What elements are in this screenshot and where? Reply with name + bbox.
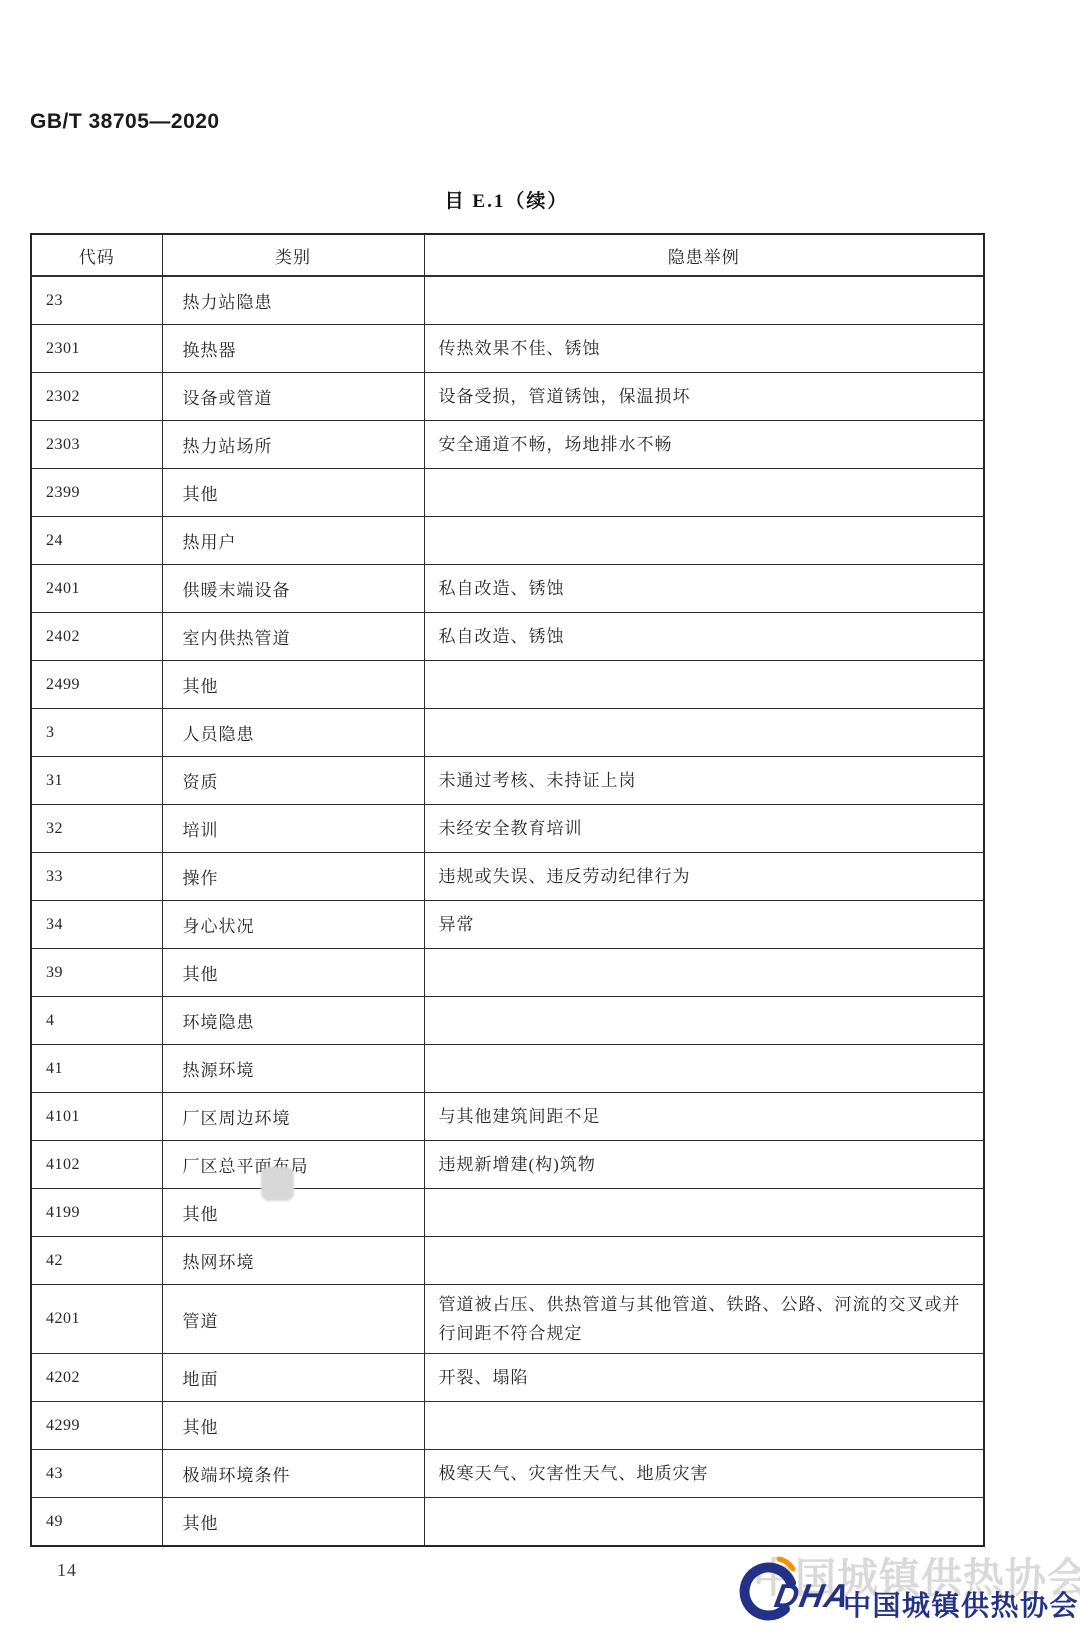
table-row: 4199其他 — [31, 1189, 984, 1237]
table-row: 23热力站隐患 — [31, 276, 984, 325]
category-cell: 操作 — [162, 853, 424, 901]
example-cell: 设备受损，管道锈蚀，保温损坏 — [424, 373, 984, 421]
table-row: 49其他 — [31, 1498, 984, 1547]
category-cell: 其他 — [162, 661, 424, 709]
table-row: 4202地面开裂、塌陷 — [31, 1354, 984, 1402]
code-cell: 2399 — [31, 469, 162, 517]
code-cell: 49 — [31, 1498, 162, 1547]
code-cell: 2301 — [31, 325, 162, 373]
category-cell: 设备或管道 — [162, 373, 424, 421]
table-row: 42热网环境 — [31, 1237, 984, 1285]
example-cell: 开裂、塌陷 — [424, 1354, 984, 1402]
example-cell — [424, 661, 984, 709]
page: { "page": { "doc_code": "GB/T 38705—2020… — [0, 0, 1080, 1637]
table-row: 3人员隐患 — [31, 709, 984, 757]
category-cell: 地面 — [162, 1354, 424, 1402]
code-cell: 34 — [31, 901, 162, 949]
table-row: 2399其他 — [31, 469, 984, 517]
doc-code: GB/T 38705—2020 — [30, 110, 220, 134]
category-cell: 其他 — [162, 469, 424, 517]
code-cell: 43 — [31, 1450, 162, 1498]
code-cell: 39 — [31, 949, 162, 997]
category-cell: 培训 — [162, 805, 424, 853]
example-cell: 私自改造、锈蚀 — [424, 565, 984, 613]
table-row: 39其他 — [31, 949, 984, 997]
category-cell: 其他 — [162, 949, 424, 997]
code-cell: 23 — [31, 276, 162, 325]
table-row: 33操作违规或失误、违反劳动纪律行为 — [31, 853, 984, 901]
table-body: 23热力站隐患2301换热器传热效果不佳、锈蚀2302设备或管道设备受损，管道锈… — [31, 276, 984, 1546]
table-title: 目 E.1（续） — [30, 186, 983, 213]
logo-text: 中国城镇供热协会 — [843, 1584, 1079, 1624]
table-row: 4101厂区周边环境与其他建筑间距不足 — [31, 1093, 984, 1141]
code-cell: 4201 — [31, 1285, 162, 1354]
category-cell: 人员隐患 — [162, 709, 424, 757]
table-row: 4201管道管道被占压、供热管道与其他管道、铁路、公路、河流的交叉或并行间距不符… — [31, 1285, 984, 1354]
example-cell — [424, 1045, 984, 1093]
category-cell: 身心状况 — [162, 901, 424, 949]
category-cell: 室内供热管道 — [162, 613, 424, 661]
category-cell: 厂区周边环境 — [162, 1093, 424, 1141]
table-row: 41热源环境 — [31, 1045, 984, 1093]
category-cell: 热力站场所 — [162, 421, 424, 469]
example-cell — [424, 949, 984, 997]
table-row: 43极端环境条件极寒天气、灾害性天气、地质灾害 — [31, 1450, 984, 1498]
example-cell: 管道被占压、供热管道与其他管道、铁路、公路、河流的交叉或并行间距不符合规定 — [424, 1285, 984, 1354]
example-cell: 传热效果不佳、锈蚀 — [424, 325, 984, 373]
code-cell: 4202 — [31, 1354, 162, 1402]
scan-smudge-artifact — [261, 1167, 294, 1201]
table-row: 2302设备或管道设备受损，管道锈蚀，保温损坏 — [31, 373, 984, 421]
category-cell: 极端环境条件 — [162, 1450, 424, 1498]
category-cell: 供暖末端设备 — [162, 565, 424, 613]
code-cell: 33 — [31, 853, 162, 901]
page-number: 14 — [57, 1560, 77, 1581]
header-code: 代码 — [31, 234, 162, 276]
category-cell: 热力站隐患 — [162, 276, 424, 325]
table-row: 2303热力站场所安全通道不畅，场地排水不畅 — [31, 421, 984, 469]
example-cell: 未通过考核、未持证上岗 — [424, 757, 984, 805]
code-cell: 31 — [31, 757, 162, 805]
category-cell: 热网环境 — [162, 1237, 424, 1285]
example-cell — [424, 517, 984, 565]
code-cell: 4299 — [31, 1402, 162, 1450]
example-cell: 安全通道不畅，场地排水不畅 — [424, 421, 984, 469]
table-row: 32培训未经安全教育培训 — [31, 805, 984, 853]
category-cell: 管道 — [162, 1285, 424, 1354]
example-cell — [424, 1189, 984, 1237]
example-cell: 极寒天气、灾害性天气、地质灾害 — [424, 1450, 984, 1498]
category-cell: 热用户 — [162, 517, 424, 565]
example-cell: 与其他建筑间距不足 — [424, 1093, 984, 1141]
example-cell — [424, 276, 984, 325]
category-cell: 其他 — [162, 1402, 424, 1450]
header-category: 类别 — [162, 234, 424, 276]
table-row: 2301换热器传热效果不佳、锈蚀 — [31, 325, 984, 373]
code-cell: 2401 — [31, 565, 162, 613]
example-cell — [424, 1237, 984, 1285]
table-row: 2499其他 — [31, 661, 984, 709]
example-cell — [424, 469, 984, 517]
table-row: 31资质未通过考核、未持证上岗 — [31, 757, 984, 805]
code-cell: 41 — [31, 1045, 162, 1093]
example-cell — [424, 997, 984, 1045]
code-cell: 2302 — [31, 373, 162, 421]
category-cell: 其他 — [162, 1498, 424, 1547]
code-cell: 4102 — [31, 1141, 162, 1189]
category-cell: 热源环境 — [162, 1045, 424, 1093]
table-row: 2401供暖末端设备私自改造、锈蚀 — [31, 565, 984, 613]
logo-acronym: DHA — [772, 1577, 853, 1615]
example-cell — [424, 1402, 984, 1450]
example-cell: 私自改造、锈蚀 — [424, 613, 984, 661]
example-cell — [424, 709, 984, 757]
footer-logo: 中国城镇供热协会 DHA 中国城镇供热协会 — [735, 1543, 1080, 1637]
table-row: 4299其他 — [31, 1402, 984, 1450]
example-cell: 违规新增建(构)筑物 — [424, 1141, 984, 1189]
example-cell: 未经安全教育培训 — [424, 805, 984, 853]
header-example: 隐患举例 — [424, 234, 984, 276]
category-cell: 环境隐患 — [162, 997, 424, 1045]
code-cell: 42 — [31, 1237, 162, 1285]
code-cell: 24 — [31, 517, 162, 565]
example-cell — [424, 1498, 984, 1547]
table-row: 4环境隐患 — [31, 997, 984, 1045]
hazard-table: 代码 类别 隐患举例 23热力站隐患2301换热器传热效果不佳、锈蚀2302设备… — [30, 233, 985, 1547]
code-cell: 4 — [31, 997, 162, 1045]
code-cell: 4101 — [31, 1093, 162, 1141]
example-cell: 异常 — [424, 901, 984, 949]
table-row: 4102厂区总平面布局违规新增建(构)筑物 — [31, 1141, 984, 1189]
category-cell: 资质 — [162, 757, 424, 805]
table-header-row: 代码 类别 隐患举例 — [31, 234, 984, 276]
code-cell: 32 — [31, 805, 162, 853]
table-row: 24热用户 — [31, 517, 984, 565]
code-cell: 3 — [31, 709, 162, 757]
code-cell: 4199 — [31, 1189, 162, 1237]
table-row: 2402室内供热管道私自改造、锈蚀 — [31, 613, 984, 661]
code-cell: 2303 — [31, 421, 162, 469]
code-cell: 2499 — [31, 661, 162, 709]
category-cell: 换热器 — [162, 325, 424, 373]
code-cell: 2402 — [31, 613, 162, 661]
example-cell: 违规或失误、违反劳动纪律行为 — [424, 853, 984, 901]
table-row: 34身心状况异常 — [31, 901, 984, 949]
